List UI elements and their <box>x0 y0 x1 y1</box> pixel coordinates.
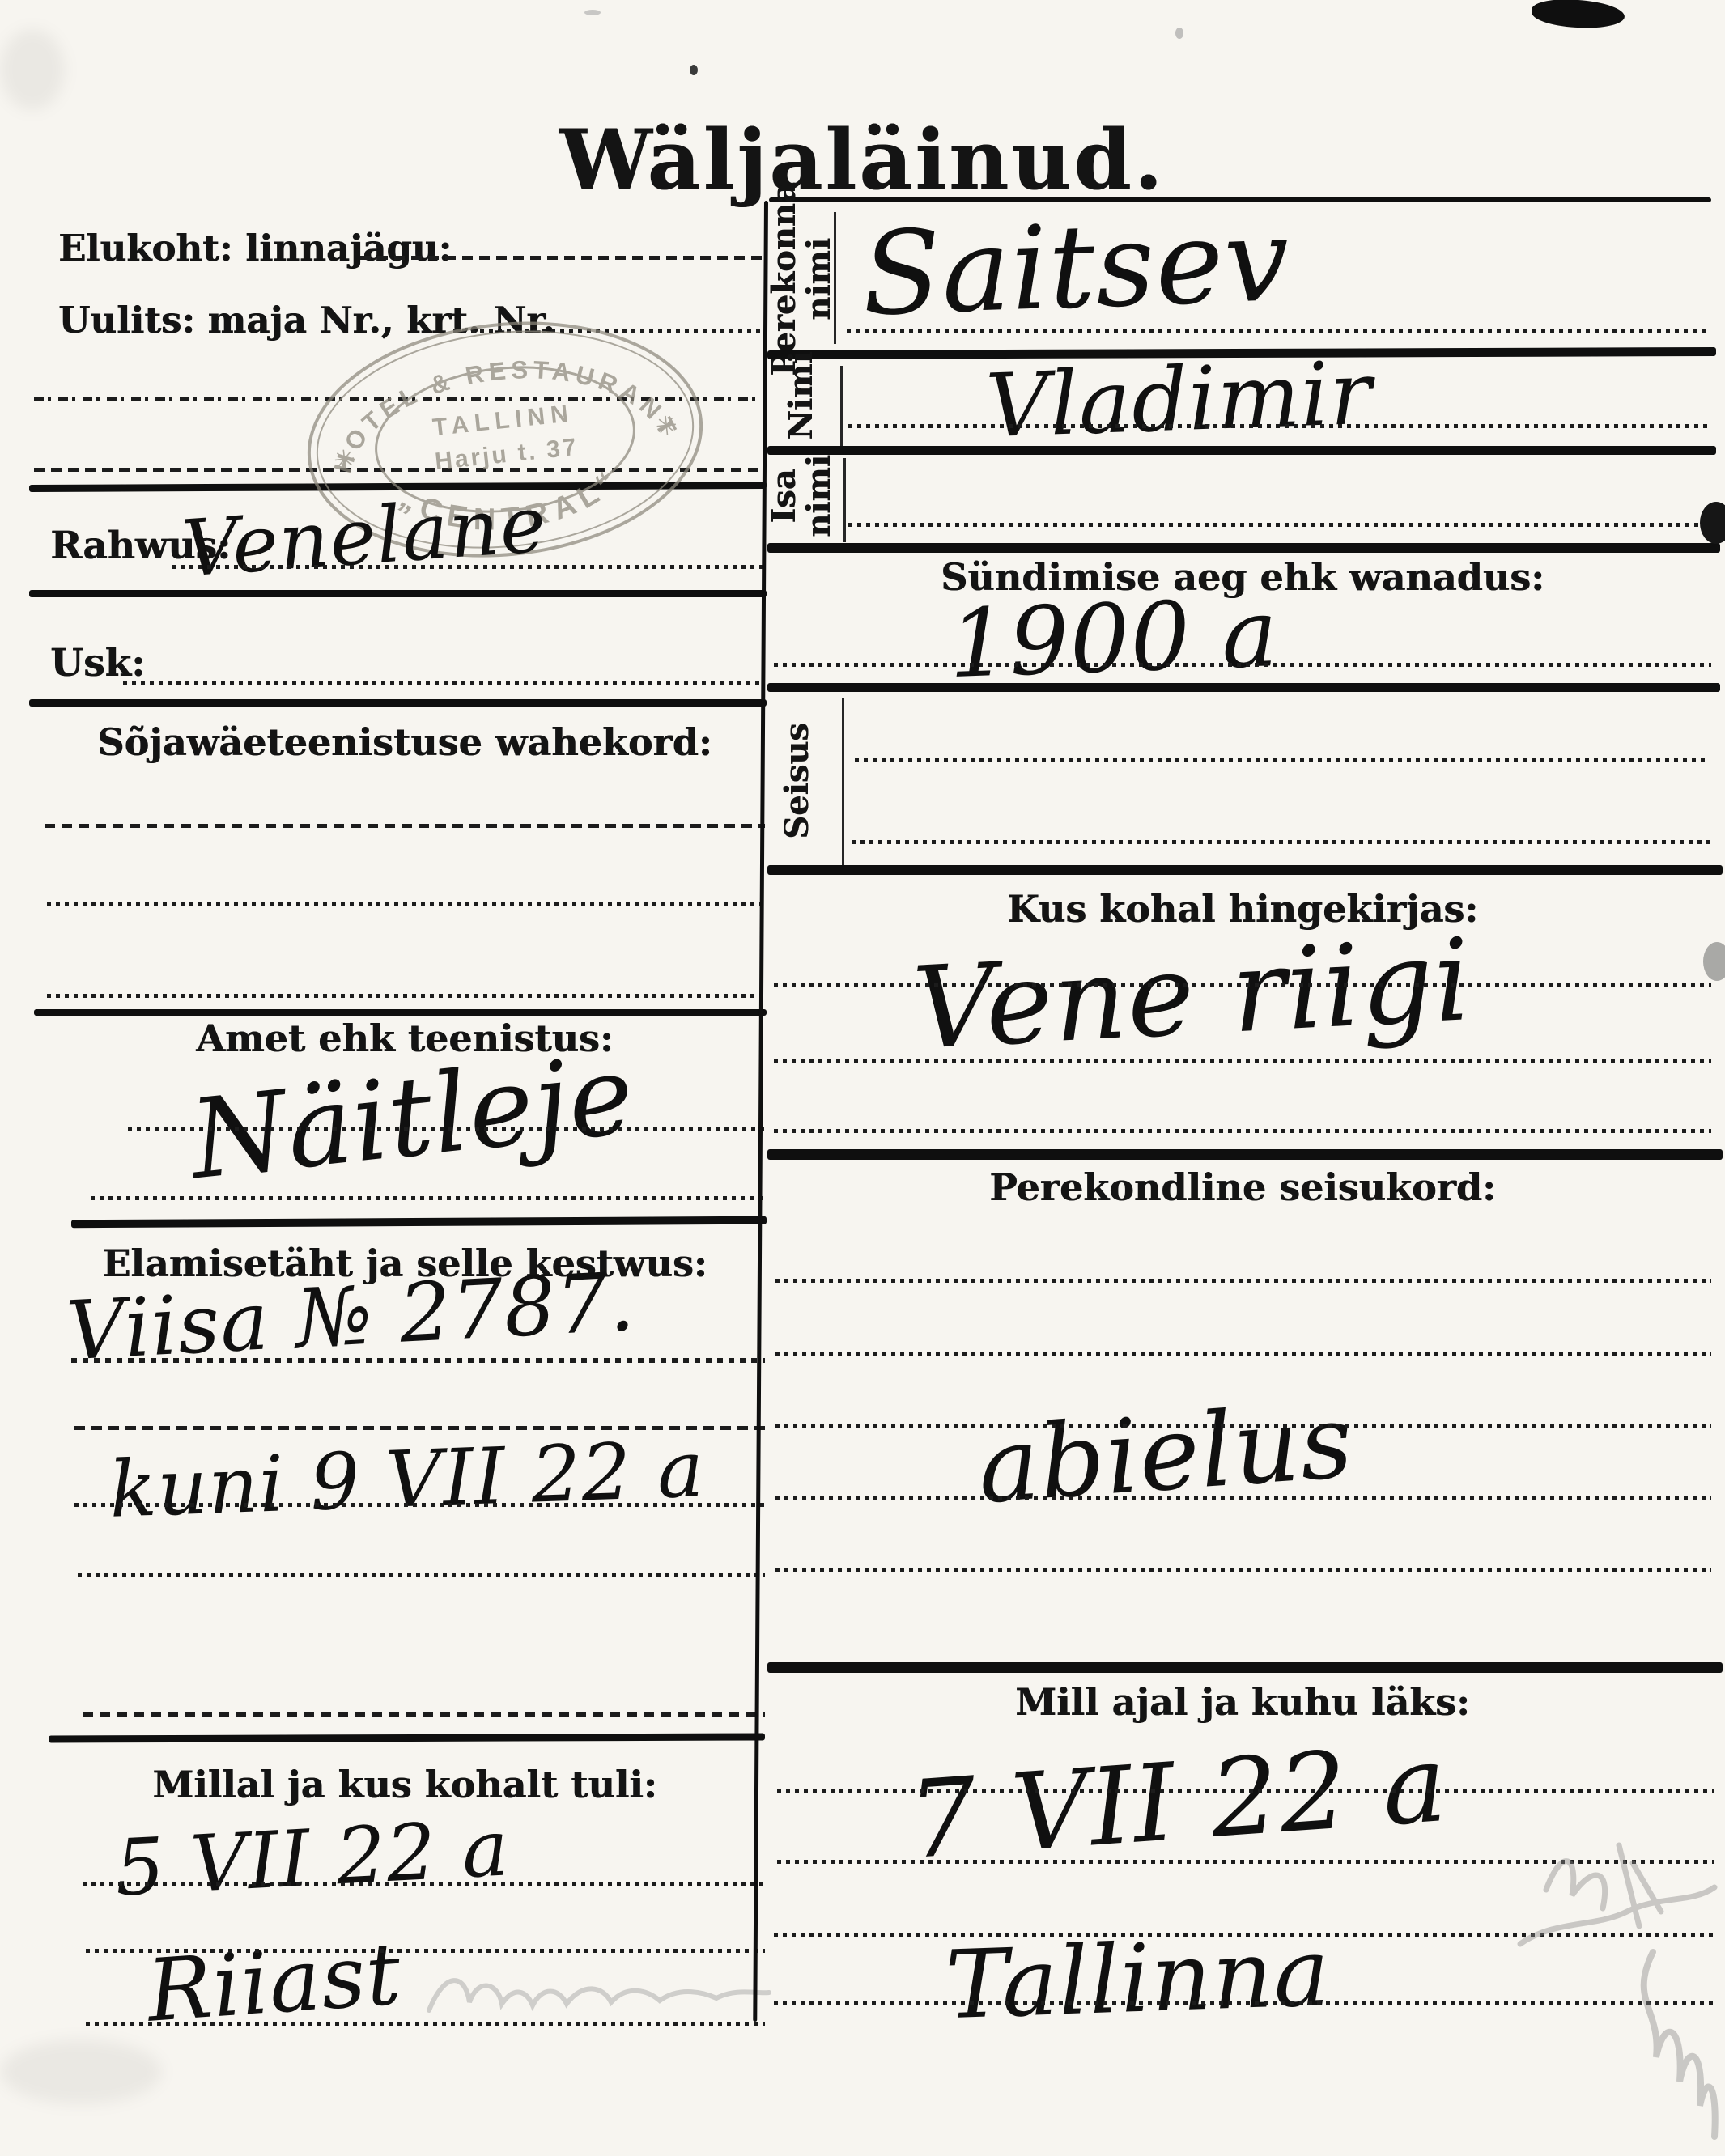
stamp-city-text: TALLINN <box>431 400 576 441</box>
section-rule <box>34 1009 767 1016</box>
row-inner-line <box>843 458 846 542</box>
register-heading: Kus kohal hingekirjas: <box>777 887 1708 931</box>
blank-line <box>774 663 1711 667</box>
ink-blot <box>1531 0 1625 30</box>
arrival-heading: Millal ja kus kohalt tuli: <box>45 1763 765 1806</box>
firstname-label: Nimi <box>782 339 821 452</box>
row-rule <box>767 865 1723 875</box>
stamp-star-left-icon: ✳ <box>332 444 356 476</box>
row-rule <box>767 683 1720 692</box>
blank-line <box>78 1573 765 1577</box>
departure-heading: Mill ajal ja kuhu läks: <box>777 1680 1708 1724</box>
firstname-value: Vladimir <box>984 343 1374 458</box>
blank-line <box>83 1712 765 1717</box>
blank-line <box>775 1424 1711 1428</box>
ink-speck <box>690 65 698 75</box>
scan-smudge <box>0 29 65 110</box>
scan-smudge <box>0 2039 162 2104</box>
military-heading: Sõjawäeteenistuse wahekord: <box>45 720 765 764</box>
pencil-scribble <box>421 1952 777 2033</box>
row-inner-line <box>840 366 843 450</box>
permit-value-2: kuni 9 VII 22 a <box>108 1424 706 1535</box>
residence-label: Elukoht: linnajägu: <box>58 227 452 269</box>
blank-line <box>775 1568 1711 1572</box>
section-rule <box>71 1216 767 1228</box>
blank-line <box>775 1279 1711 1283</box>
blank-line <box>855 758 1710 762</box>
father-name-label: Isa nimi <box>761 444 842 549</box>
blank-line <box>47 902 765 906</box>
ink-speck <box>1175 28 1183 39</box>
blank-line <box>71 1358 765 1363</box>
blank-line <box>128 1127 765 1131</box>
religion-line <box>123 681 765 685</box>
ink-speck <box>584 10 601 15</box>
register-value: Vene riigi <box>910 915 1474 1076</box>
arrival-date-value: 5 VII 22 a <box>113 1802 511 1913</box>
blank-line <box>852 840 1710 844</box>
residence-line <box>360 256 765 260</box>
blank-line <box>774 1129 1711 1133</box>
status-label: Seisus <box>778 700 817 862</box>
blank-line <box>848 424 1708 428</box>
blank-line <box>47 994 765 998</box>
row-inner-line <box>842 698 844 866</box>
blank-line <box>774 1059 1711 1063</box>
edge-mark <box>1700 502 1725 544</box>
stamp-street-text: Harju t. 37 <box>434 434 580 475</box>
section-rule <box>29 699 767 707</box>
blank-line <box>775 1352 1711 1356</box>
edge-mark <box>1703 942 1725 981</box>
blank-line <box>74 1503 765 1507</box>
blank-line <box>774 983 1711 987</box>
row-rule <box>767 543 1720 553</box>
blank-line <box>775 1496 1711 1500</box>
blank-line <box>83 1882 765 1886</box>
family-heading: Perekondline seisukord: <box>777 1165 1708 1209</box>
row-inner-line <box>834 212 836 344</box>
row-rule <box>767 1662 1723 1673</box>
blank-line <box>847 329 1708 333</box>
blank-line <box>848 523 1708 527</box>
page-title: Wäljaläinud. <box>445 112 1279 209</box>
blank-line <box>45 824 765 828</box>
blank-line <box>91 1196 765 1200</box>
section-rule <box>29 590 767 597</box>
nationality-value: Venelane <box>180 478 550 594</box>
pencil-signature <box>1498 1813 1725 2153</box>
stamp-star-right-icon: ✳ <box>654 410 678 442</box>
scanned-form-page: Wäljaläinud. Elukoht: linnajägu: Uulits:… <box>0 0 1725 2156</box>
row-rule <box>767 1149 1723 1160</box>
religion-label: Usk: <box>50 641 145 685</box>
birth-value: 1900 a <box>947 579 1281 699</box>
section-rule <box>49 1733 765 1742</box>
nationality-line <box>172 565 765 569</box>
blank-line <box>777 1789 1714 1793</box>
family-value: abielus <box>974 1381 1357 1526</box>
row-rule <box>767 446 1716 455</box>
surname-value: Saitsev <box>860 193 1292 342</box>
